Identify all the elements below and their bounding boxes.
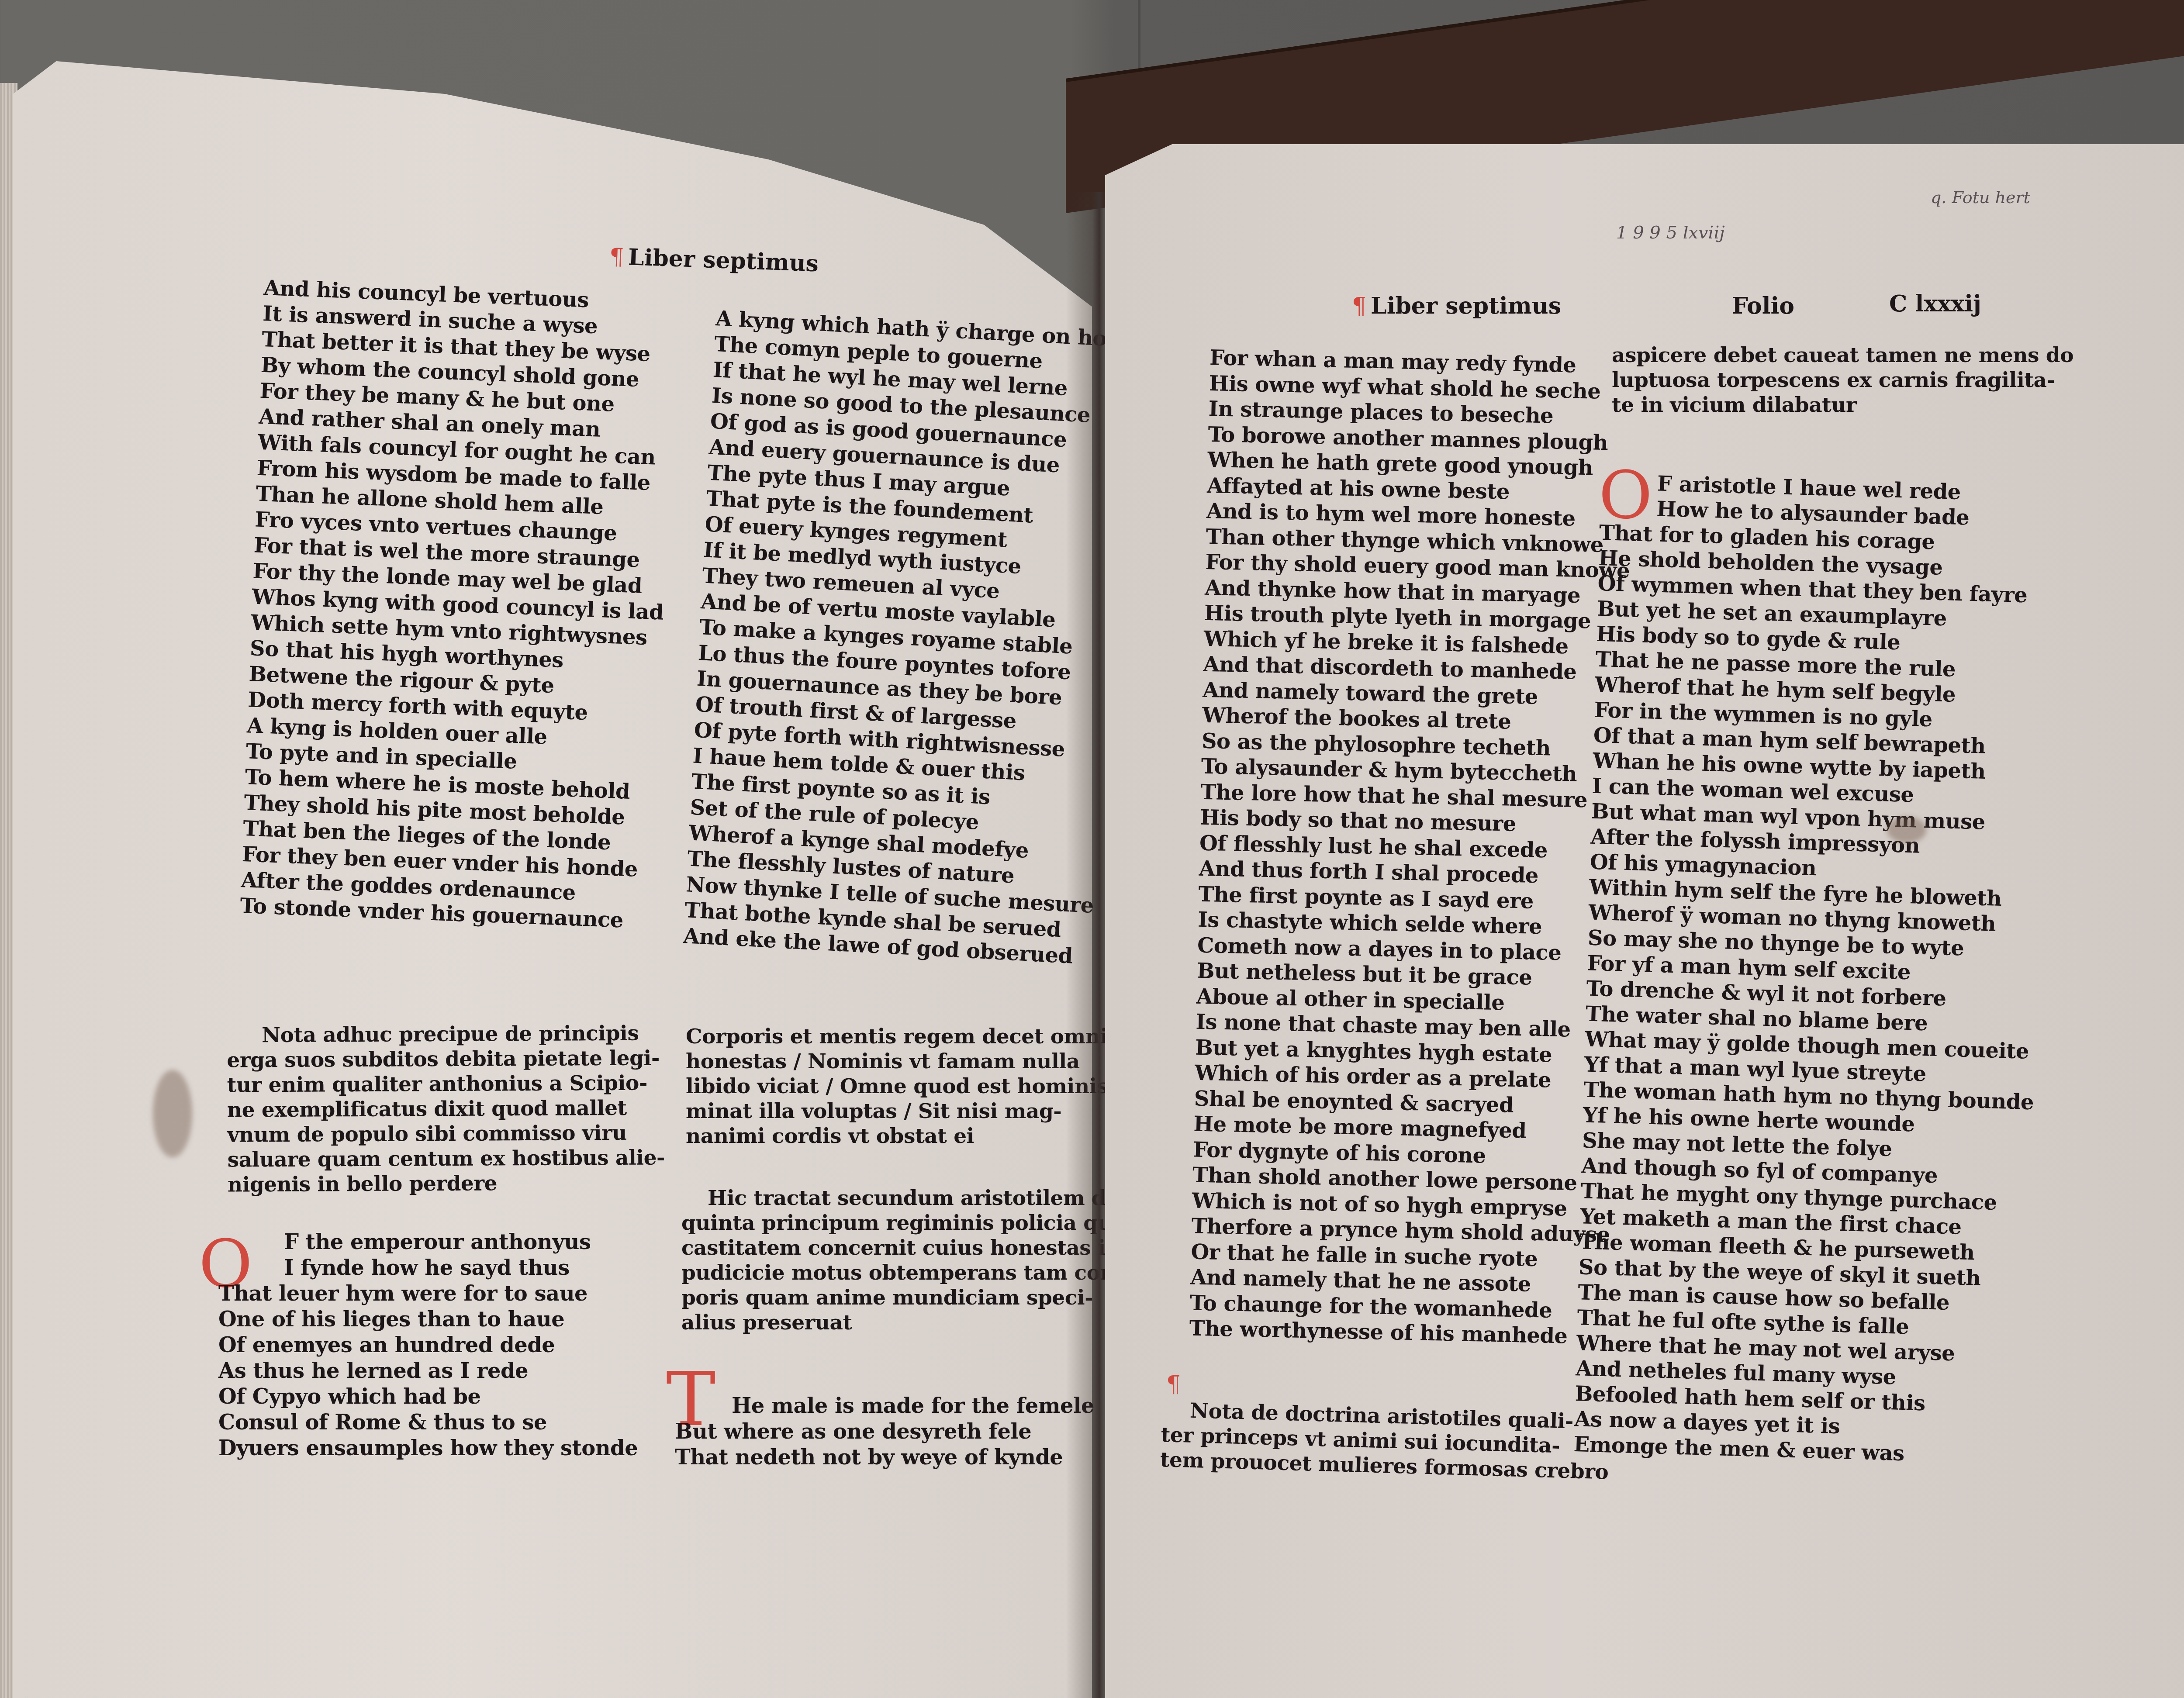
paper-stain: [153, 1070, 192, 1157]
latin-line: vnum de populo sibi commisso viru: [227, 1120, 665, 1147]
handwritten-marginalia-note: q. Fotu hert: [1931, 188, 2030, 207]
latin-line: erga suos subditos debita pietate legi-: [227, 1046, 664, 1073]
right-col1-latin-note: Nota de doctrina aristotiles quali- ter …: [1160, 1398, 1610, 1485]
ink-stain: [1887, 817, 1926, 843]
latin-line: Nota adhuc precipue de principis: [227, 1021, 664, 1048]
left-col1-latin-note: Nota adhuc precipue de principis erga su…: [227, 1021, 665, 1197]
left-col1-verse: And his councyl be vertuous It is answer…: [239, 275, 676, 935]
verse-line: That nedeth not by weye of kynde: [675, 1445, 1094, 1470]
latin-line: saluare quam centum ex hostibus alie-: [227, 1145, 665, 1172]
handwritten-marginalia-numbers: 1 9 9 5 lxviij: [1616, 223, 1725, 243]
verse-line: That leuer hym were for to saue: [218, 1281, 638, 1307]
verse-line: I fynde how he sayd thus: [218, 1255, 638, 1281]
right-running-head: ¶Liber septimus: [1352, 293, 1561, 319]
verse-line: One of his lieges than to haue: [218, 1307, 638, 1332]
verse-line: F the emperour anthonyus: [218, 1229, 638, 1255]
latin-line: nigenis in bello perdere: [228, 1170, 665, 1197]
pilcrow-icon: ¶: [609, 244, 624, 270]
folio-number: C lxxxij: [1889, 290, 1981, 317]
latin-line: ne exemplificatus dixit quod mallet: [227, 1095, 665, 1122]
latin-line: tur enim qualiter anthonius a Scipio-: [227, 1070, 665, 1097]
verse-line: Dyuers ensaumples how they stonde: [218, 1436, 638, 1461]
folio-label: Folio: [1732, 293, 1794, 319]
latin-line: aspicere debet caueat tamen ne mens do: [1612, 343, 2073, 368]
right-col2-verse: F aristotle I haue wel rede How he to al…: [1573, 469, 2051, 1470]
verse-line: Consul of Rome & thus to se: [218, 1410, 638, 1436]
left-col1-verse-2: F the emperour anthonyus I fynde how he …: [218, 1229, 638, 1461]
latin-line: luptuosa torpescens ex carnis fragilita-: [1612, 368, 2073, 393]
running-head-title: Liber septimus: [1371, 293, 1561, 319]
verse-line: Of Cypyo which had be: [218, 1384, 638, 1410]
verse-line: But where as one desyreth fele: [675, 1419, 1094, 1445]
right-col1-verse: For whan a man may redy fynde His owne w…: [1189, 345, 1634, 1350]
left-col2-verse-2: He male is made for the femele But where…: [675, 1393, 1094, 1470]
right-col2-latin-note: aspicere debet caueat tamen ne mens do l…: [1612, 343, 2073, 418]
pilcrow-icon: ¶: [1166, 1371, 1181, 1398]
verse-line: As thus he lerned as I rede: [218, 1358, 638, 1384]
latin-line: te in vicium dilabatur: [1612, 393, 2073, 418]
pilcrow-icon: ¶: [1352, 293, 1366, 319]
verse-line: He male is made for the femele: [675, 1393, 1094, 1419]
verse-line: Of enemyes an hundred dede: [218, 1332, 638, 1358]
